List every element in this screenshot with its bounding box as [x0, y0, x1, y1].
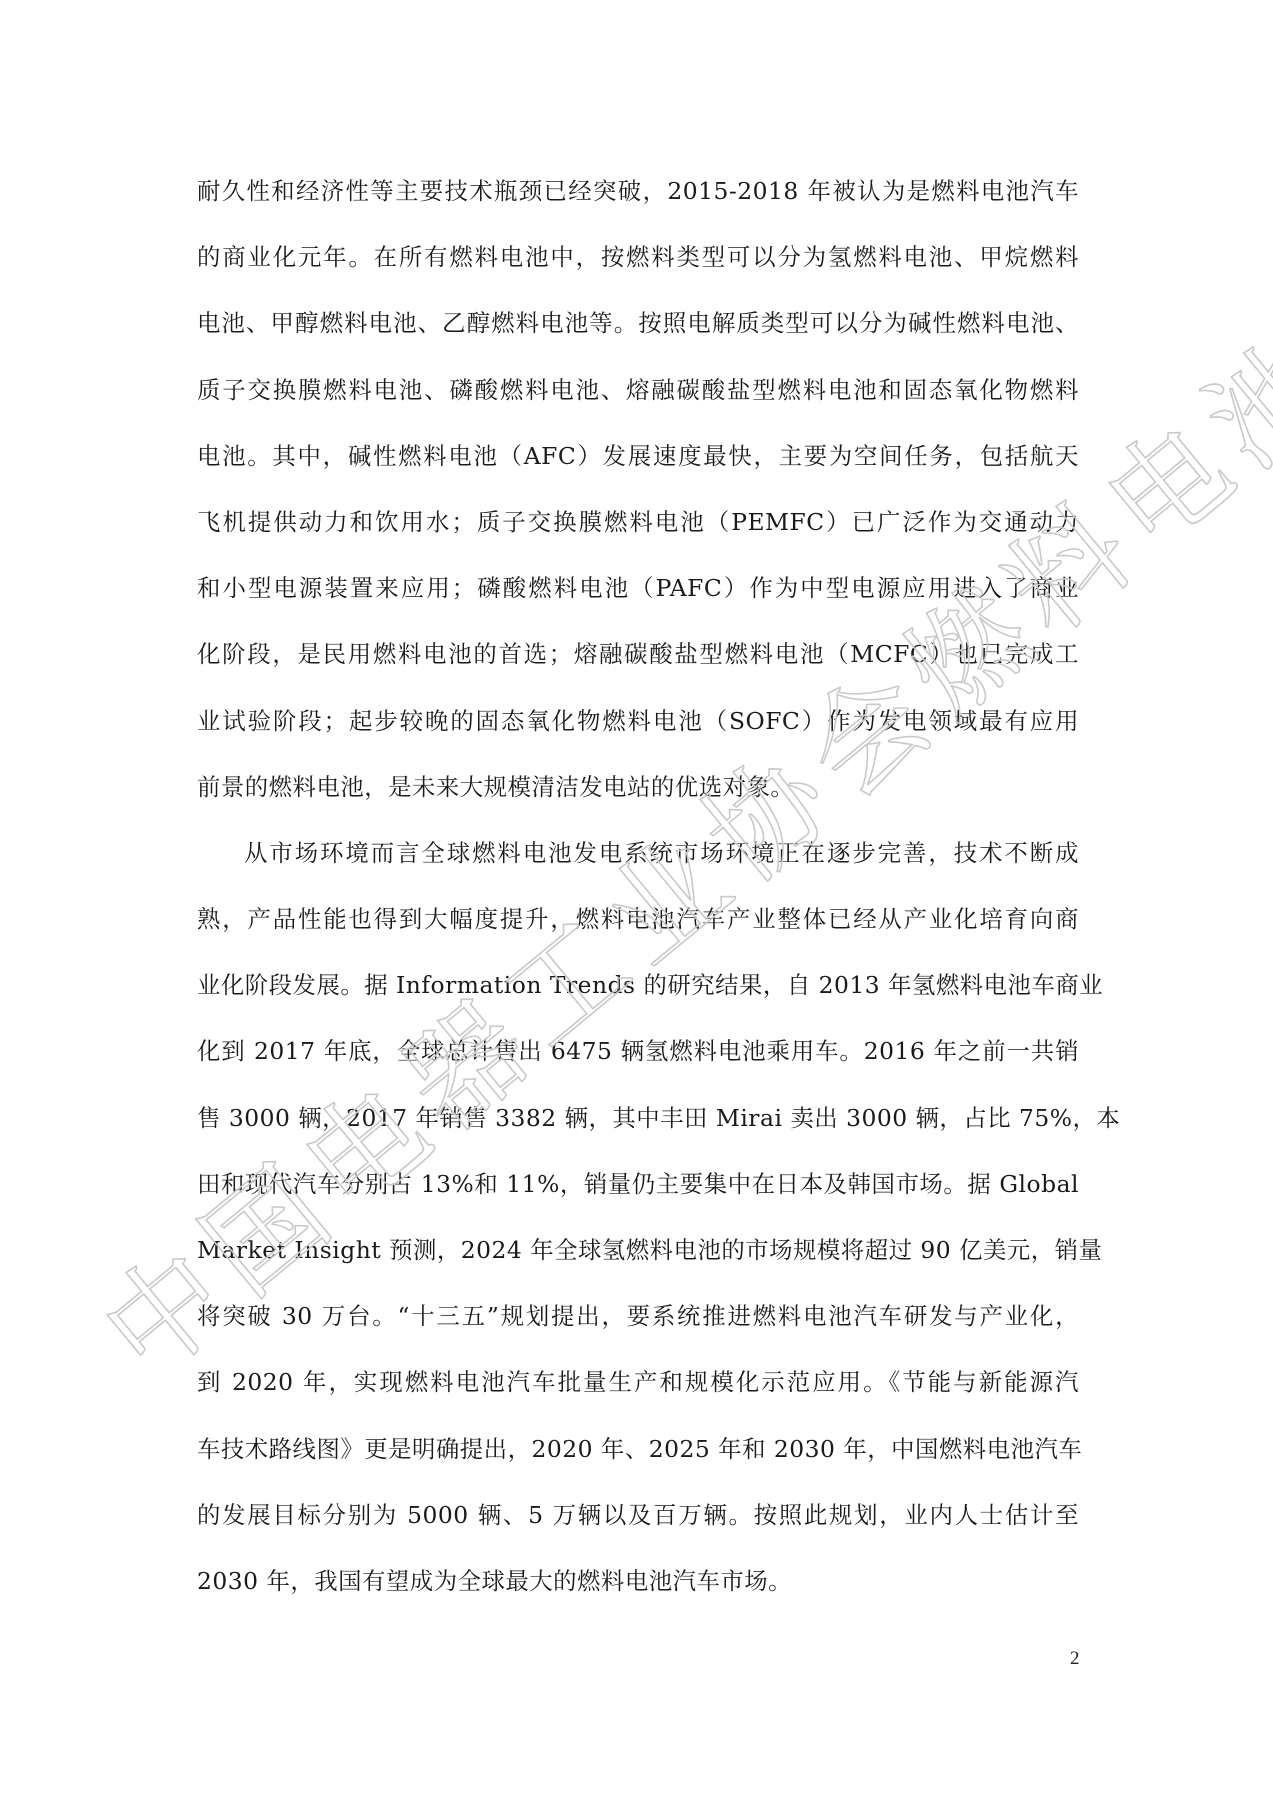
- text-line: 车技术路线图》更是明确提出，2020 年、2025 年和 2030 年，中国燃料…: [197, 1428, 1079, 1494]
- paragraph-2: 从市场环境而言全球燃料电池发电系统市场环境正在逐步完善，技术不断成 熟，产品性能…: [197, 832, 1079, 1626]
- document-page: 耐久性和经济性等主要技术瓶颈已经突破，2015-2018 年被认为是燃料电池汽车…: [0, 0, 1273, 1800]
- text-line: 业化阶段发展。据 Information Trends 的研究结果，自 2013…: [197, 964, 1079, 1030]
- text-line: 电池。其中，碱性燃料电池（AFC）发展速度最快，主要为空间任务，包括航天: [197, 435, 1079, 501]
- text-line: 2030 年，我国有望成为全球最大的燃料电池汽车市场。: [197, 1560, 1079, 1626]
- text-line: Market Insight 预测，2024 年全球氢燃料电池的市场规模将超过 …: [197, 1229, 1079, 1295]
- page-number: 2: [1070, 1648, 1080, 1670]
- paragraph-1: 耐久性和经济性等主要技术瓶颈已经突破，2015-2018 年被认为是燃料电池汽车…: [197, 170, 1079, 832]
- text-line: 熟，产品性能也得到大幅度提升，燃料电池汽车产业整体已经从产业化培育向商: [197, 898, 1079, 964]
- text-line: 的发展目标分别为 5000 辆、5 万辆以及百万辆。按照此规划，业内人士估计至: [197, 1494, 1079, 1560]
- text-line: 到 2020 年，实现燃料电池汽车批量生产和规模化示范应用。《节能与新能源汽: [197, 1361, 1079, 1427]
- text-line: 售 3000 辆，2017 年销售 3382 辆，其中丰田 Mirai 卖出 3…: [197, 1097, 1079, 1163]
- text-line: 田和现代汽车分别占 13%和 11%，销量仍主要集中在日本及韩国市场。据 Glo…: [197, 1163, 1079, 1229]
- text-line: 从市场环境而言全球燃料电池发电系统市场环境正在逐步完善，技术不断成: [197, 832, 1079, 898]
- text-line: 化到 2017 年底，全球总计售出 6475 辆氢燃料电池乘用车。2016 年之…: [197, 1030, 1079, 1096]
- text-line: 质子交换膜燃料电池、磷酸燃料电池、熔融碳酸盐型燃料电池和固态氧化物燃料: [197, 369, 1079, 435]
- text-line: 将突破 30 万台。“十三五”规划提出，要系统推进燃料电池汽车研发与产业化，: [197, 1295, 1079, 1361]
- text-line: 电池、甲醇燃料电池、乙醇燃料电池等。按照电解质类型可以分为碱性燃料电池、: [197, 302, 1079, 368]
- text-line: 飞机提供动力和饮用水；质子交换膜燃料电池（PEMFC）已广泛作为交通动力: [197, 501, 1079, 567]
- text-line: 业试验阶段；起步较晚的固态氧化物燃料电池（SOFC）作为发电领域最有应用: [197, 700, 1079, 766]
- text-line: 和小型电源装置来应用；磷酸燃料电池（PAFC）作为中型电源应用进入了商业: [197, 567, 1079, 633]
- text-line: 化阶段，是民用燃料电池的首选；熔融碳酸盐型燃料电池（MCFC）也已完成工: [197, 633, 1079, 699]
- text-line: 耐久性和经济性等主要技术瓶颈已经突破，2015-2018 年被认为是燃料电池汽车: [197, 170, 1079, 236]
- body-text: 耐久性和经济性等主要技术瓶颈已经突破，2015-2018 年被认为是燃料电池汽车…: [197, 170, 1079, 1626]
- text-line: 的商业化元年。在所有燃料电池中，按燃料类型可以分为氢燃料电池、甲烷燃料: [197, 236, 1079, 302]
- text-line: 前景的燃料电池，是未来大规模清洁发电站的优选对象。: [197, 766, 1079, 832]
